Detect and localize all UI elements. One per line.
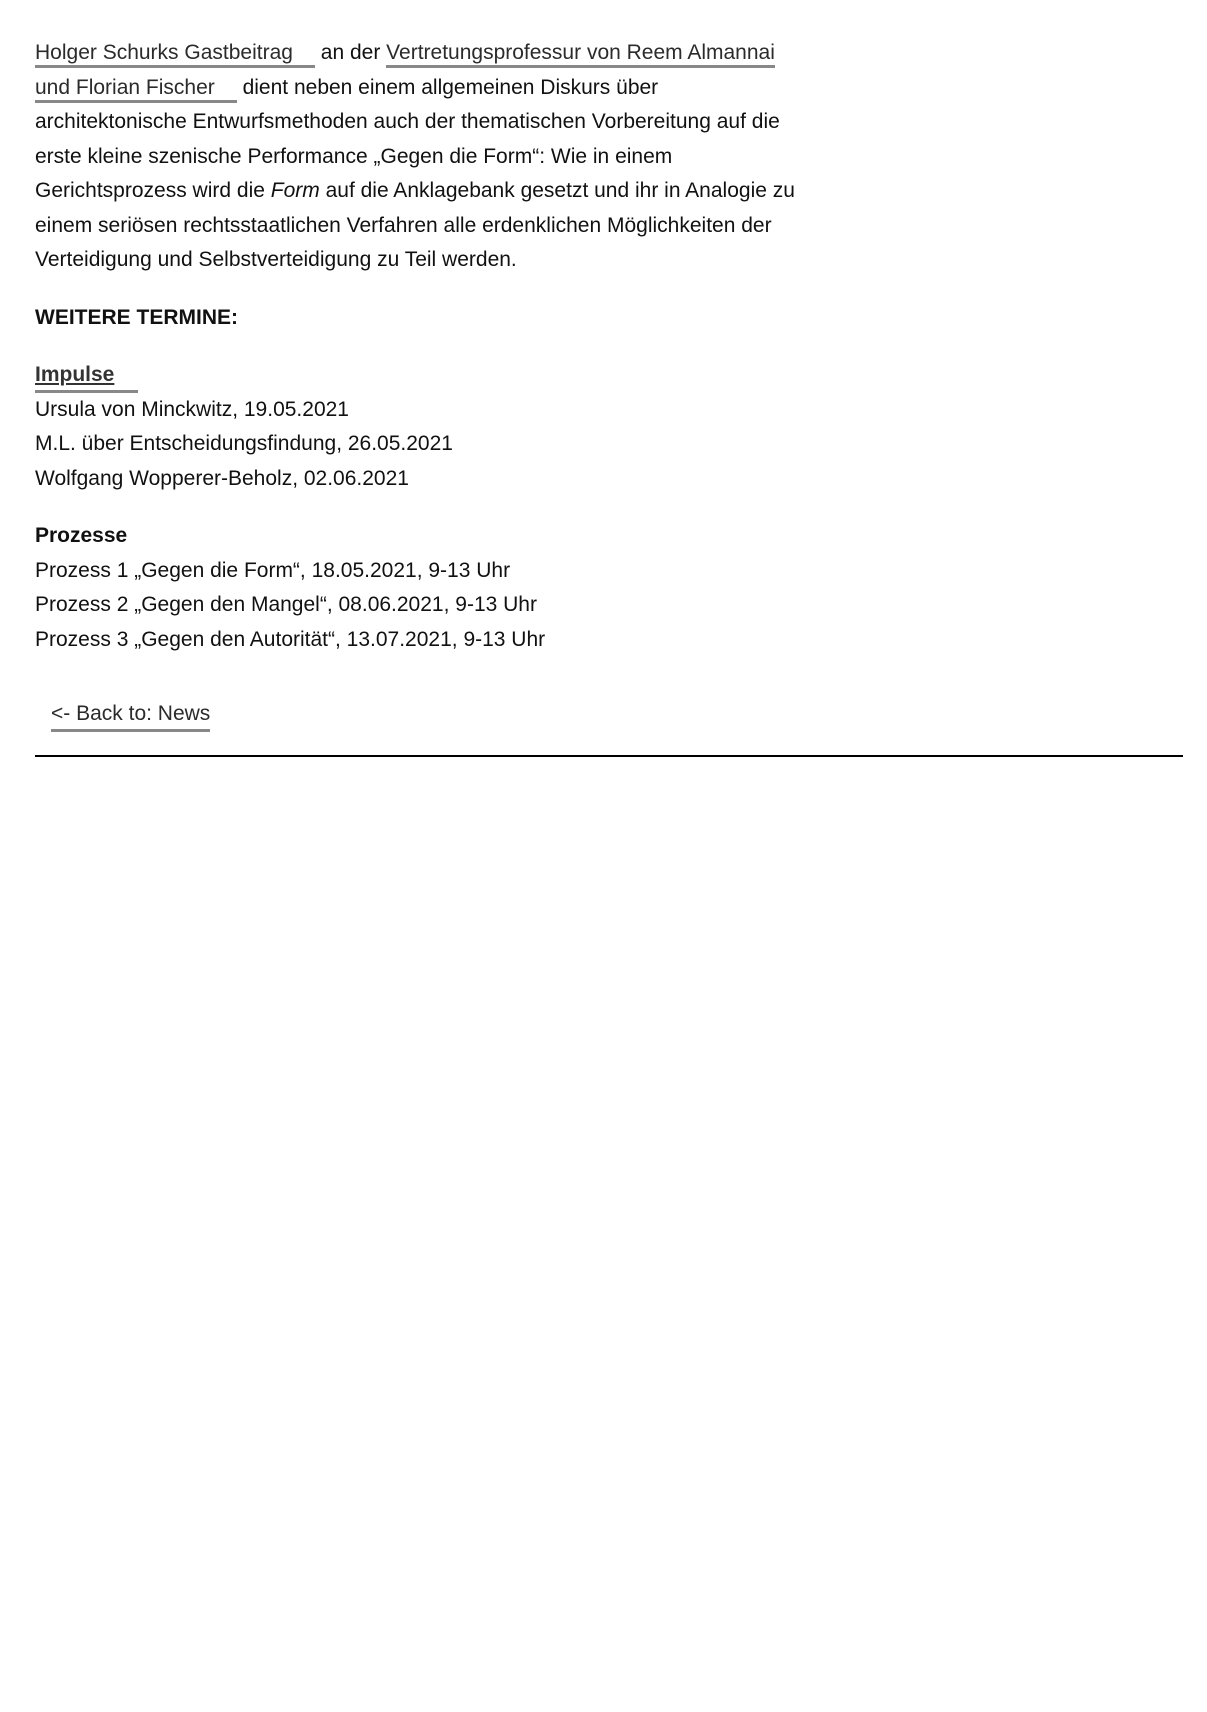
list-item: M.L. über Entscheidungsfindung, 26.05.20… [35,427,805,462]
impulse-group: Impulse Ursula von Minckwitz, 19.05.2021… [35,358,805,497]
guest-post-link[interactable]: Holger Schurks Gastbeitrag [35,41,315,68]
list-item: Prozess 1 „Gegen die Form“, 18.05.2021, … [35,554,805,589]
back-navigation: <- Back to: News [35,697,805,732]
page-content: Holger Schurks Gastbeitrag an der Vertre… [35,36,1183,757]
impulse-list: Ursula von Minckwitz, 19.05.2021 M.L. üb… [35,393,805,497]
prozesse-list: Prozess 1 „Gegen die Form“, 18.05.2021, … [35,554,805,658]
text-segment: an der [315,41,386,64]
list-item: Ursula von Minckwitz, 19.05.2021 [35,393,805,428]
further-dates-heading: WEITERE TERMINE: [35,301,805,335]
list-item: Wolfgang Wopperer-Beholz, 02.06.2021 [35,462,805,497]
article-paragraph: Holger Schurks Gastbeitrag an der Vertre… [35,36,805,278]
prozesse-group: Prozesse Prozess 1 „Gegen die Form“, 18.… [35,519,805,657]
list-item: Prozess 2 „Gegen den Mangel“, 08.06.2021… [35,588,805,623]
back-to-news-link[interactable]: <- Back to: News [51,699,210,732]
divider [35,755,1183,757]
prozesse-heading: Prozesse [35,521,127,551]
list-item: Prozess 3 „Gegen den Autorität“, 13.07.2… [35,623,805,658]
article-body: Holger Schurks Gastbeitrag an der Vertre… [35,36,805,732]
impulse-link[interactable]: Impulse [35,360,138,393]
emphasis-form: Form [271,179,320,202]
